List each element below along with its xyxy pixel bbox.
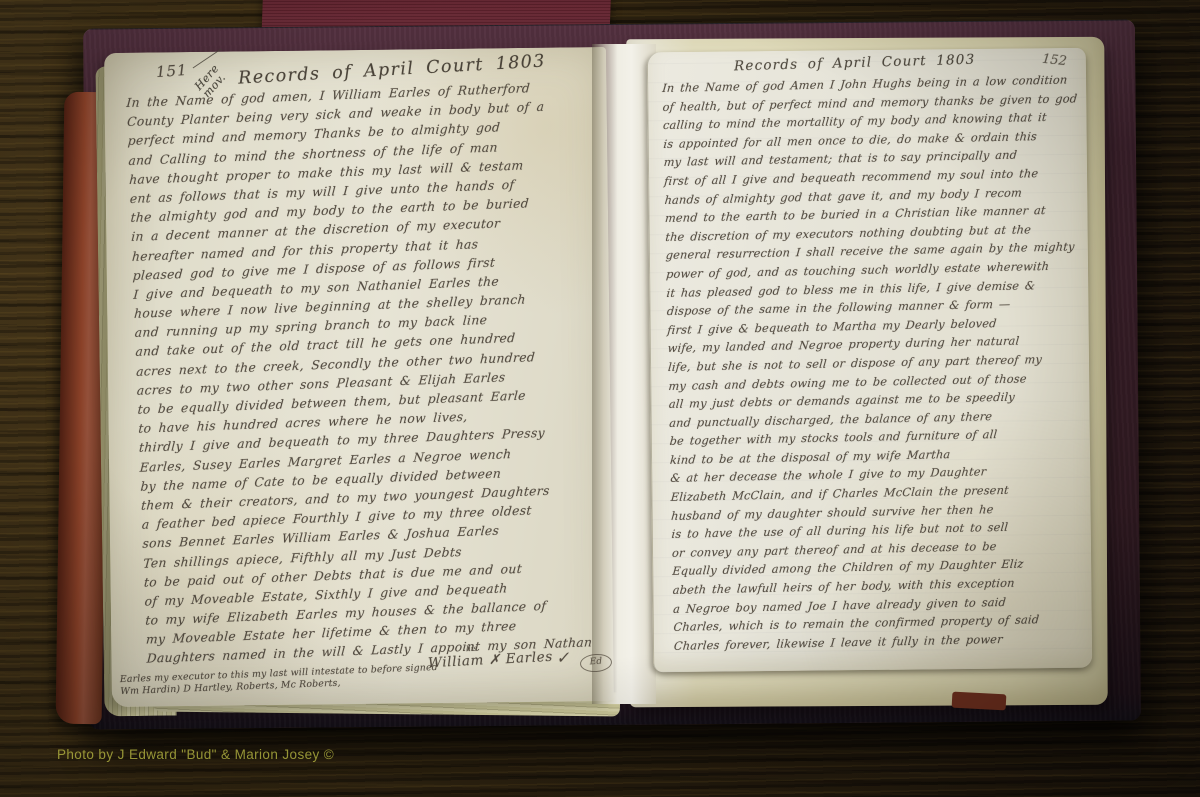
photograph-of-record-book: 151 Here mov. Records of April Court 180… — [0, 0, 1200, 797]
photo-credit-watermark: Photo by J Edward "Bud" & Marion Josey © — [57, 747, 334, 762]
photo-vignette — [0, 0, 1200, 797]
